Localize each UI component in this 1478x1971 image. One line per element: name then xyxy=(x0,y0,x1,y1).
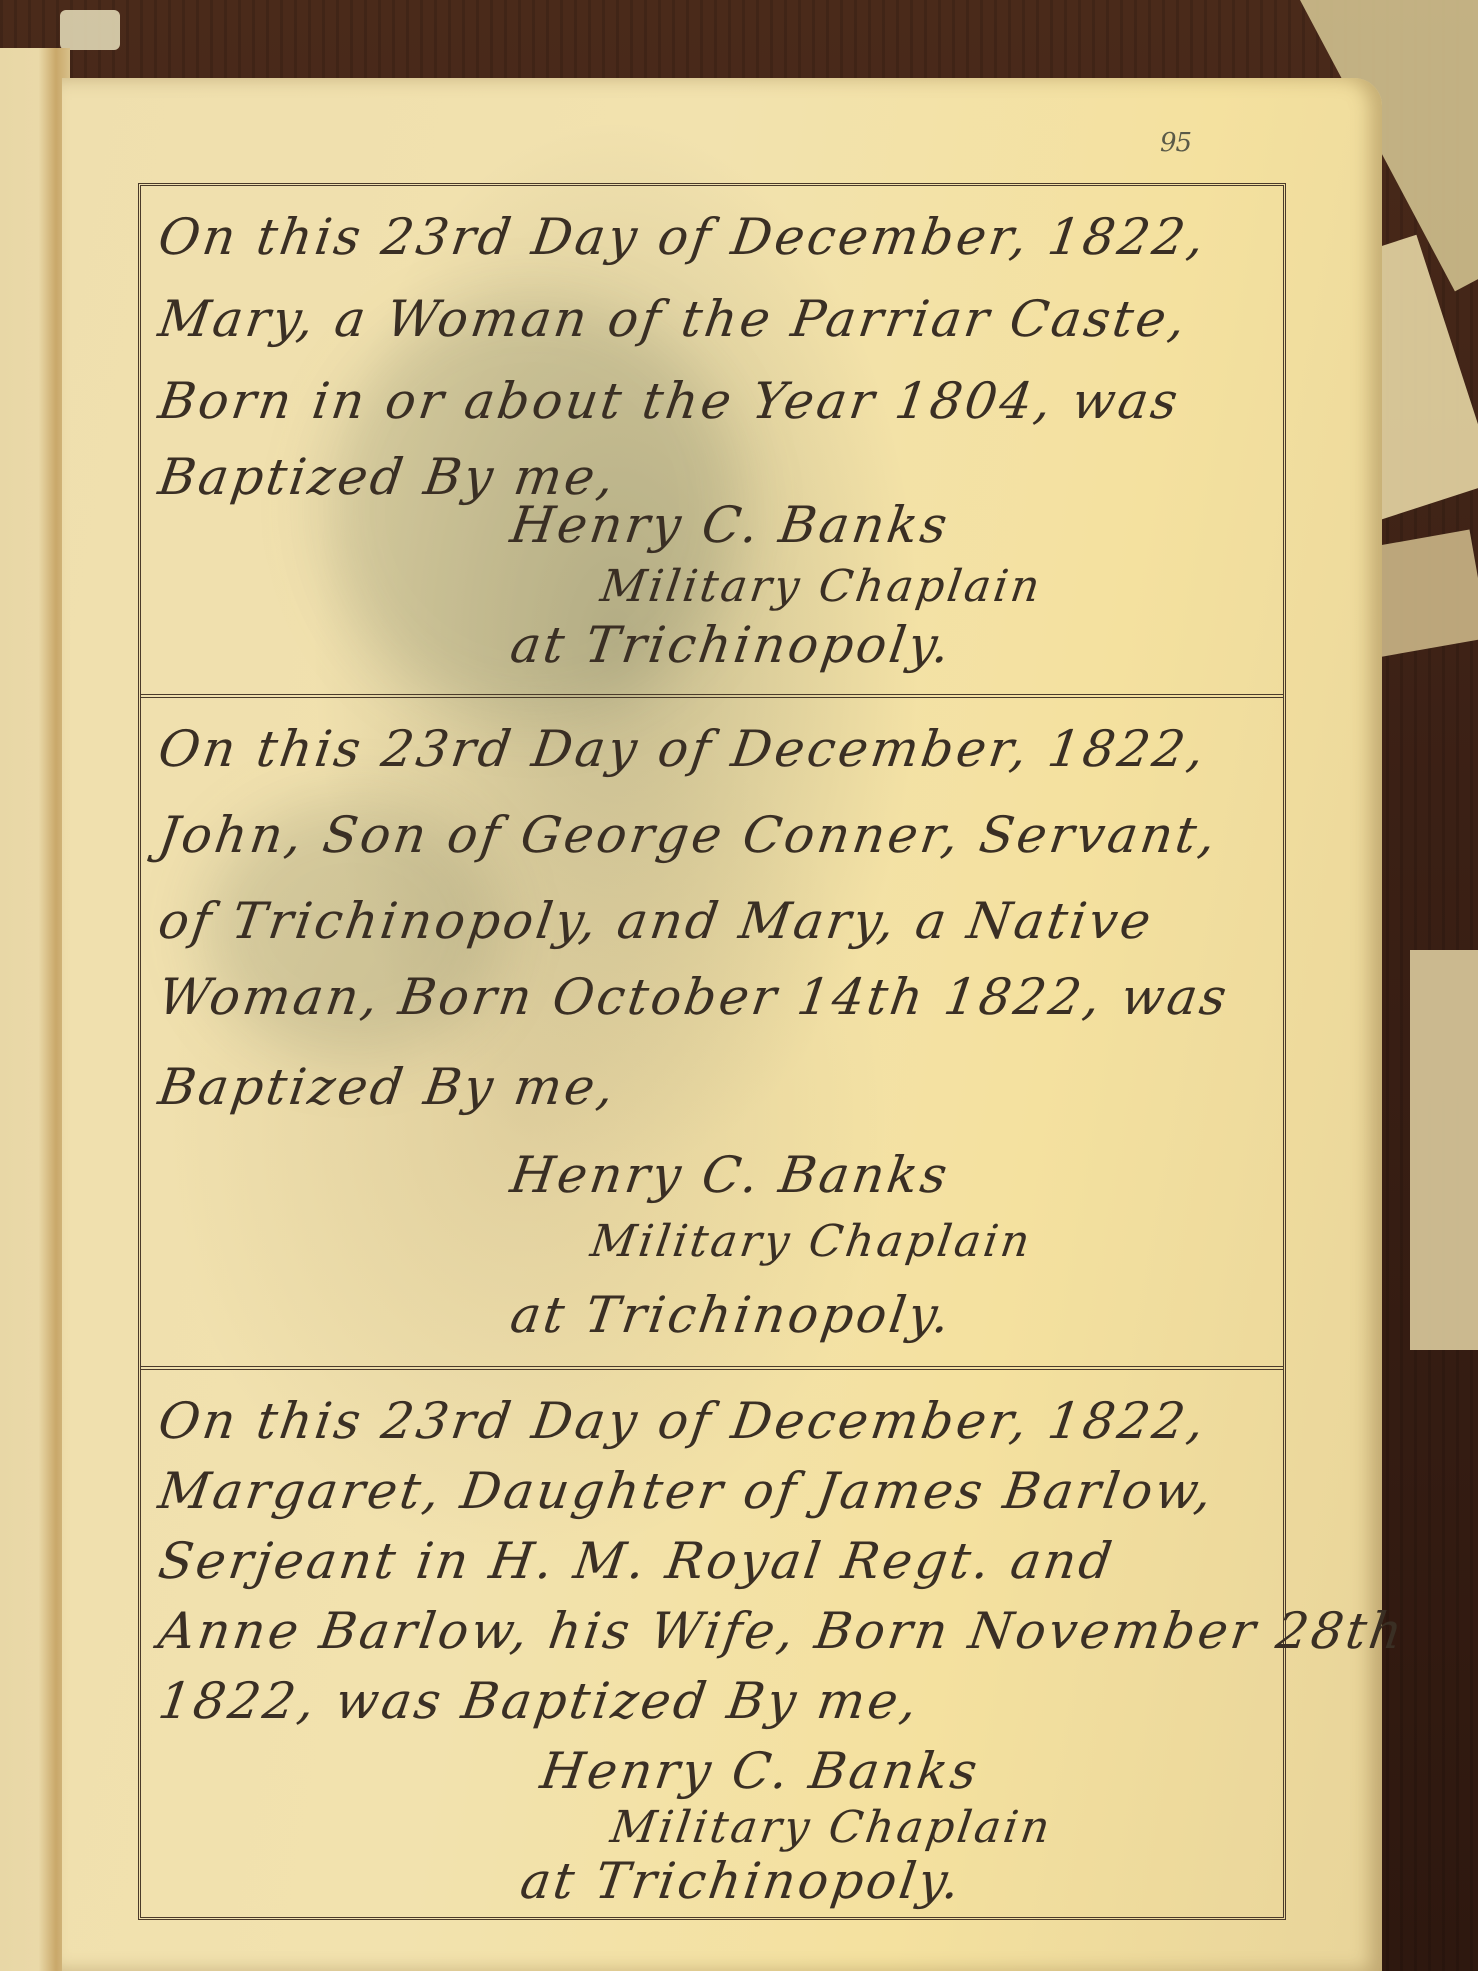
entry-line: On this 23rd Day of December, 1822, xyxy=(155,720,1211,778)
register-table: On this 23rd Day of December, 1822, Mary… xyxy=(138,183,1286,1920)
left-page-edge xyxy=(0,48,70,1971)
baptism-entry: On this 23rd Day of December, 1822, Mary… xyxy=(141,186,1283,698)
entry-line: On this 23rd Day of December, 1822, xyxy=(155,1392,1211,1450)
entry-line: John, Son of George Conner, Servant, xyxy=(155,806,1222,864)
chaplain-signature: Henry C. Banks xyxy=(537,1742,984,1800)
entry-line: Woman, Born October 14th 1822, was xyxy=(155,968,1233,1026)
entry-line: Baptized By me, xyxy=(155,1058,620,1116)
torn-paper-scrap xyxy=(60,10,120,50)
entry-line: Serjeant in H. M. Royal Regt. and xyxy=(155,1532,1118,1590)
chaplain-title: Military Chaplain xyxy=(607,1802,1055,1853)
entry-line: 1822, was Baptized By me, xyxy=(155,1672,924,1730)
entry-line: On this 23rd Day of December, 1822, xyxy=(155,208,1211,266)
entry-line: of Trichinopoly, and Mary, a Native xyxy=(155,892,1157,950)
chaplain-title: Military Chaplain xyxy=(597,561,1045,612)
chaplain-signature: Henry C. Banks xyxy=(507,496,954,554)
entry-line: Anne Barlow, his Wife, Born November 28t… xyxy=(155,1602,1409,1660)
baptism-entry: On this 23rd Day of December, 1822, John… xyxy=(141,698,1283,1370)
entry-line: Mary, a Woman of the Parriar Caste, xyxy=(155,290,1192,348)
chaplain-location: at Trichinopoly. xyxy=(507,616,956,674)
chaplain-location: at Trichinopoly. xyxy=(507,1286,956,1344)
baptism-entry: On this 23rd Day of December, 1822, Marg… xyxy=(141,1370,1283,1923)
chaplain-location: at Trichinopoly. xyxy=(517,1852,966,1910)
chaplain-title: Military Chaplain xyxy=(587,1216,1035,1267)
chaplain-signature: Henry C. Banks xyxy=(507,1146,954,1204)
torn-paper-scrap xyxy=(1410,950,1478,1350)
page-number: 95 xyxy=(1160,128,1191,158)
entry-line: Margaret, Daughter of James Barlow, xyxy=(155,1462,1218,1520)
entry-line: Born in or about the Year 1804, was xyxy=(155,372,1184,430)
